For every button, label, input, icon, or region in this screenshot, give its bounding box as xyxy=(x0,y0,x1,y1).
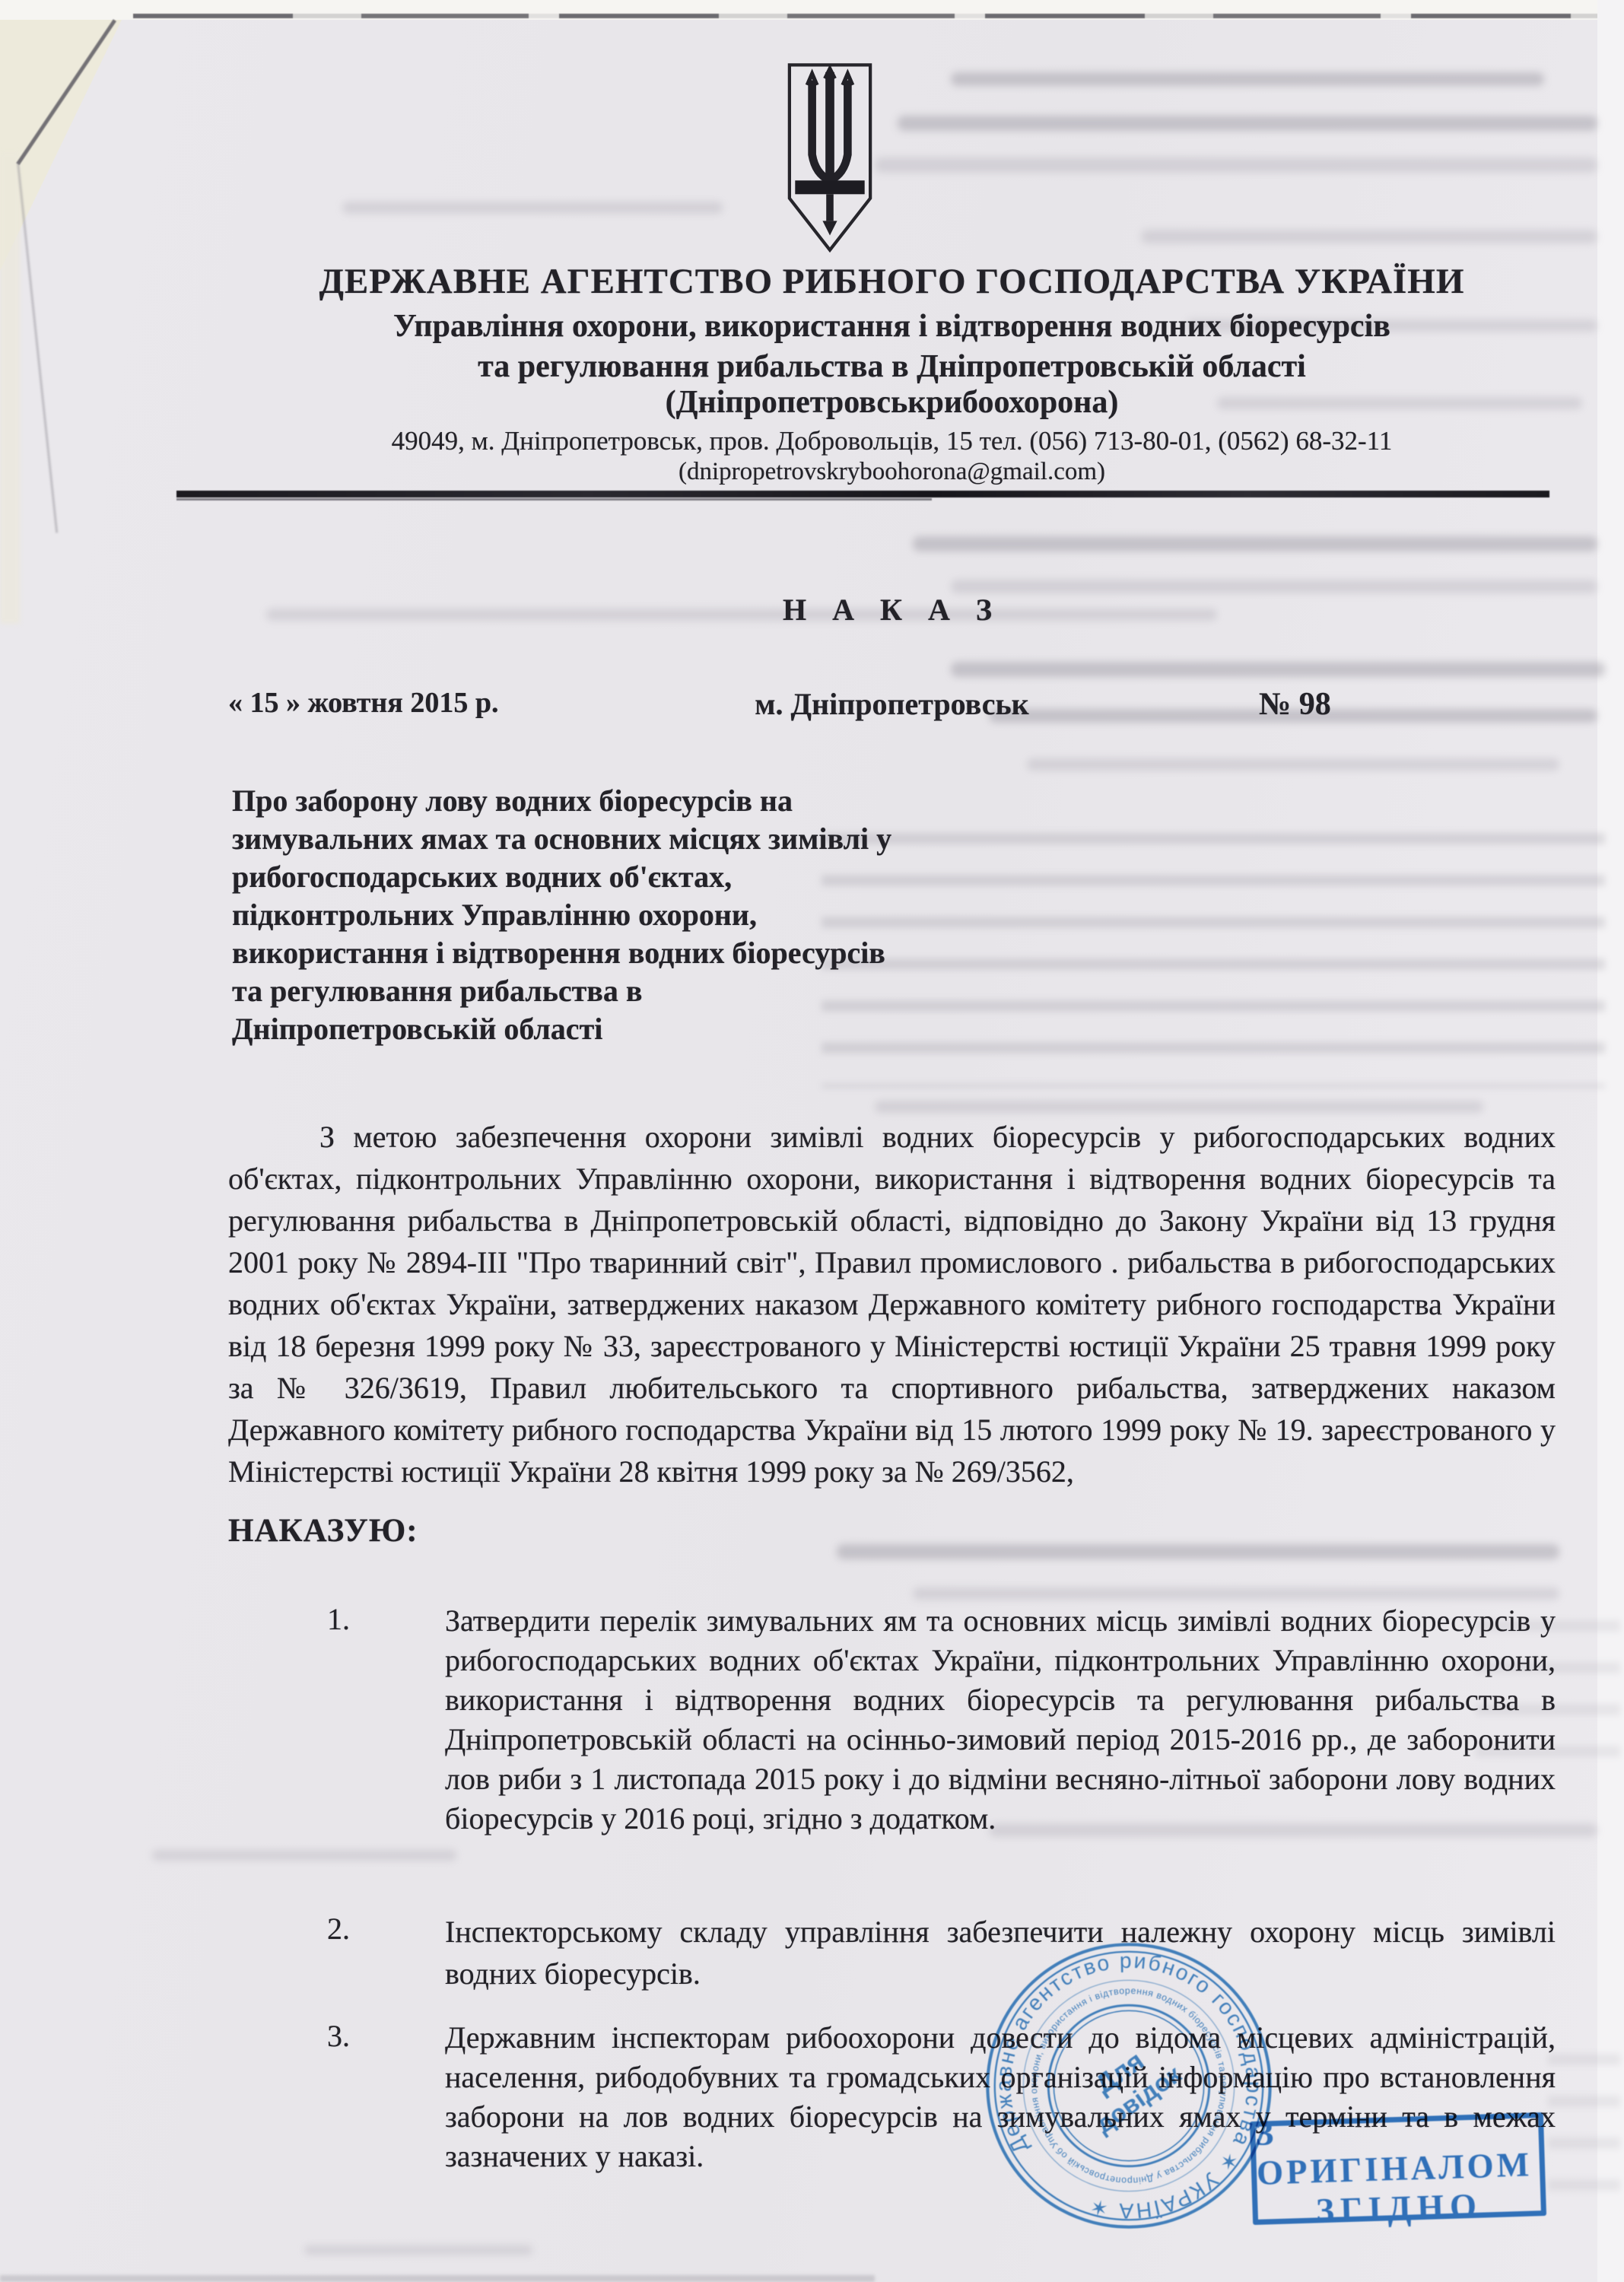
item-number: 2. xyxy=(327,1911,350,1947)
bleed-through-block xyxy=(1548,2054,1620,2206)
bleed-through-text xyxy=(342,202,723,214)
page-left-edge xyxy=(0,152,20,624)
bleed-through-text xyxy=(1141,230,1597,243)
email-line: (dnipropetrovskryboohorona@gmail.com) xyxy=(228,458,1556,486)
bleed-through-text xyxy=(951,662,1605,677)
fold-crease-line-2 xyxy=(17,162,58,533)
item-number: 1. xyxy=(327,1601,350,1637)
scanned-order-page: ДЕРЖАВНЕ АГЕНТСТВО РИБНОГО ГОСПОДАРСТВА … xyxy=(0,0,1624,2282)
agency-name: ДЕРЖАВНЕ АГЕНТСТВО РИБНОГО ГОСПОДАРСТВА … xyxy=(228,261,1556,302)
bleed-through-text xyxy=(898,116,1597,131)
address-line: 49049, м. Дніпропетровськ, пров. Доброво… xyxy=(228,426,1556,456)
certify-stamp-line-1: З ОРИГІНАЛОМ xyxy=(1255,2105,1540,2193)
department-line-1: Управління охорони, використання і відтв… xyxy=(228,308,1556,345)
certify-stamp-line-2: ЗГІДНО xyxy=(1315,2186,1483,2231)
subject-line: використання і відтворення водних біорес… xyxy=(232,934,993,972)
order-preamble: З метою забезпечення охорони зимівлі вод… xyxy=(228,1116,1556,1492)
subject-line: Дніпропетровській області xyxy=(232,1010,993,1048)
order-city: м. Дніпропетровськ xyxy=(228,686,1556,722)
bleed-through-text xyxy=(913,536,1597,551)
department-line-2: та регулювання рибальства в Дніпропетров… xyxy=(228,348,1556,385)
item-number: 3. xyxy=(327,2018,350,2054)
order-number: № 98 xyxy=(1259,686,1331,723)
bleed-through-text xyxy=(951,72,1544,86)
bleed-through-text xyxy=(152,1850,456,1861)
resolution-word: НАКАЗУЮ: xyxy=(228,1512,418,1549)
page-right-edge xyxy=(1597,0,1624,2282)
subject-line: рибогосподарських водних об'єктах, xyxy=(232,858,993,896)
subject-line: та регулювання рибальства в xyxy=(232,972,993,1010)
short-name: (Дніпропетровськрибоохорона) xyxy=(228,384,1556,421)
bleed-through-text xyxy=(875,157,1597,173)
bleed-through-text xyxy=(837,1544,1559,1559)
certified-copy-stamp: З ОРИГІНАЛОМ ЗГІДНО xyxy=(1250,2112,1546,2225)
subject-line: підконтрольних Управлінню охорони, xyxy=(232,896,993,934)
bleed-through-text xyxy=(1027,758,1559,771)
order-subject: Про заборону лову водних біоресурсів на … xyxy=(232,782,993,1048)
bleed-through-text xyxy=(913,1588,1559,1600)
subject-line: Про заборону лову водних біоресурсів на xyxy=(232,782,993,820)
subject-line: зимувальних ямах та основних місцях зимі… xyxy=(232,820,993,858)
trident-emblem xyxy=(780,61,880,255)
scan-top-dark-line xyxy=(133,14,1624,18)
letterhead-divider xyxy=(176,491,1549,497)
item-text: Затвердити перелік зимувальних ям та осн… xyxy=(445,1601,1556,1839)
bleed-through-text xyxy=(304,2245,532,2255)
scan-bottom-edge xyxy=(0,2275,875,2282)
order-title: Н А К А З xyxy=(228,592,1556,628)
bleed-through-text xyxy=(875,1101,1483,1113)
